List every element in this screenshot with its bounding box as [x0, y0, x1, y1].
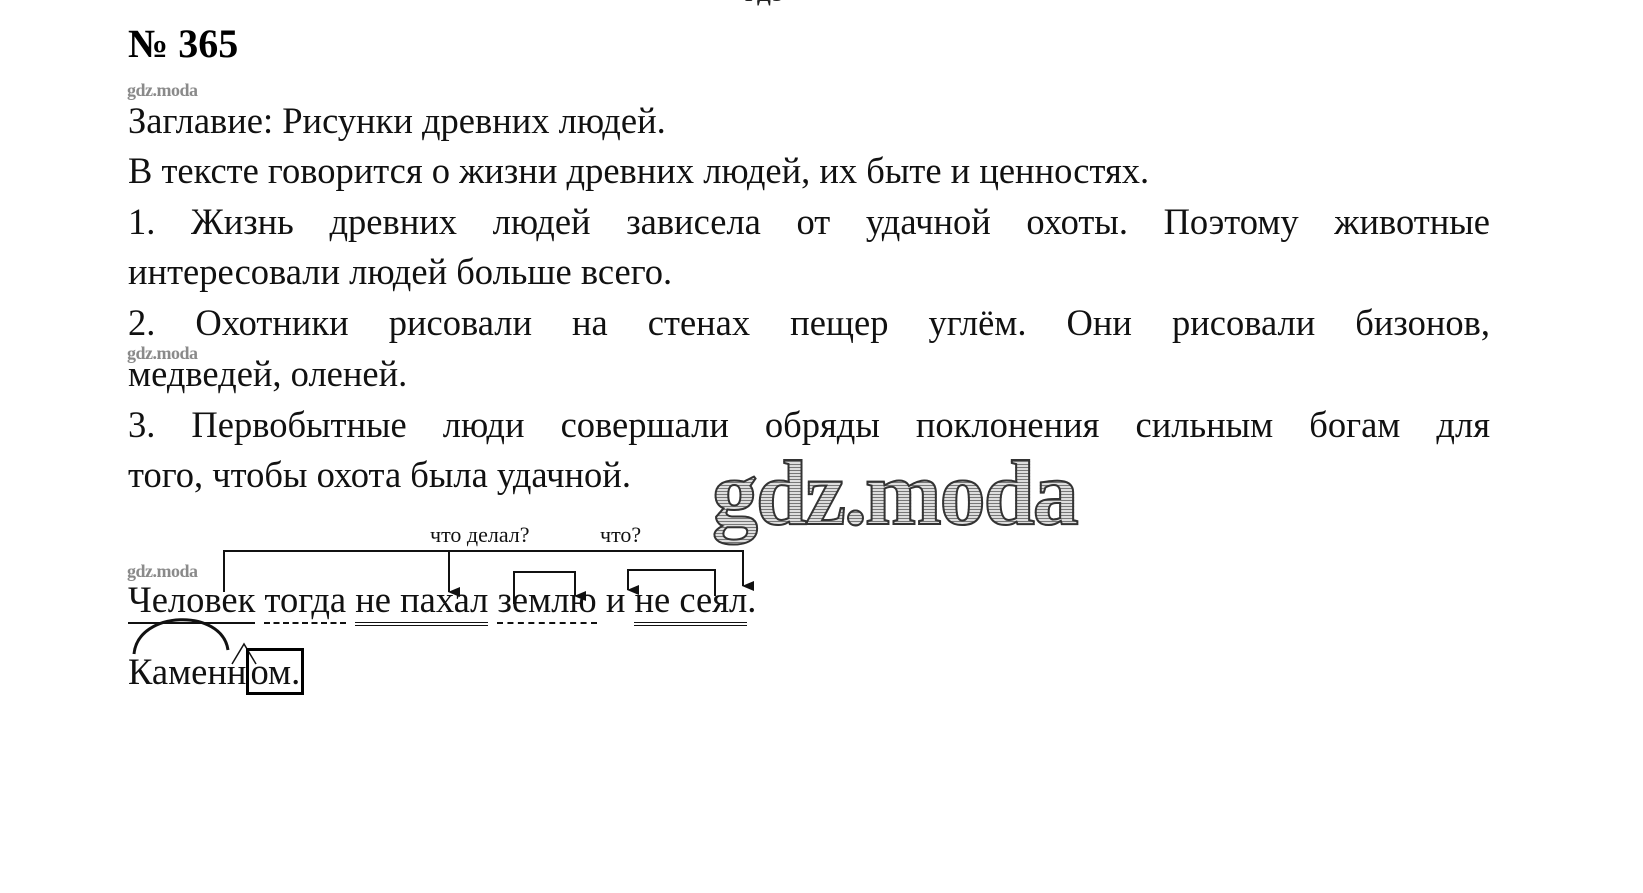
question-label: что делал?: [430, 522, 530, 548]
parsing-arrows: [0, 0, 1643, 893]
word-stem: Каменн: [128, 651, 246, 692]
word-object: землю: [497, 578, 596, 624]
word-predicate: не пахал: [355, 578, 488, 626]
word-punct: .: [291, 651, 300, 692]
word-subject: Человек: [128, 578, 255, 624]
word-conjunction: и: [606, 578, 626, 622]
parsed-sentence: Человек тогда не пахал землю и не сеял.: [128, 578, 756, 626]
morpheme-word: Каменном.: [128, 650, 304, 694]
word-ending: ом: [250, 651, 291, 692]
word-ending-box: ом.: [246, 648, 304, 695]
sentence-period: .: [747, 579, 756, 620]
question-label: что?: [600, 522, 641, 548]
word-adverbial: тогда: [264, 578, 346, 624]
word-predicate: не сеял: [634, 578, 747, 626]
